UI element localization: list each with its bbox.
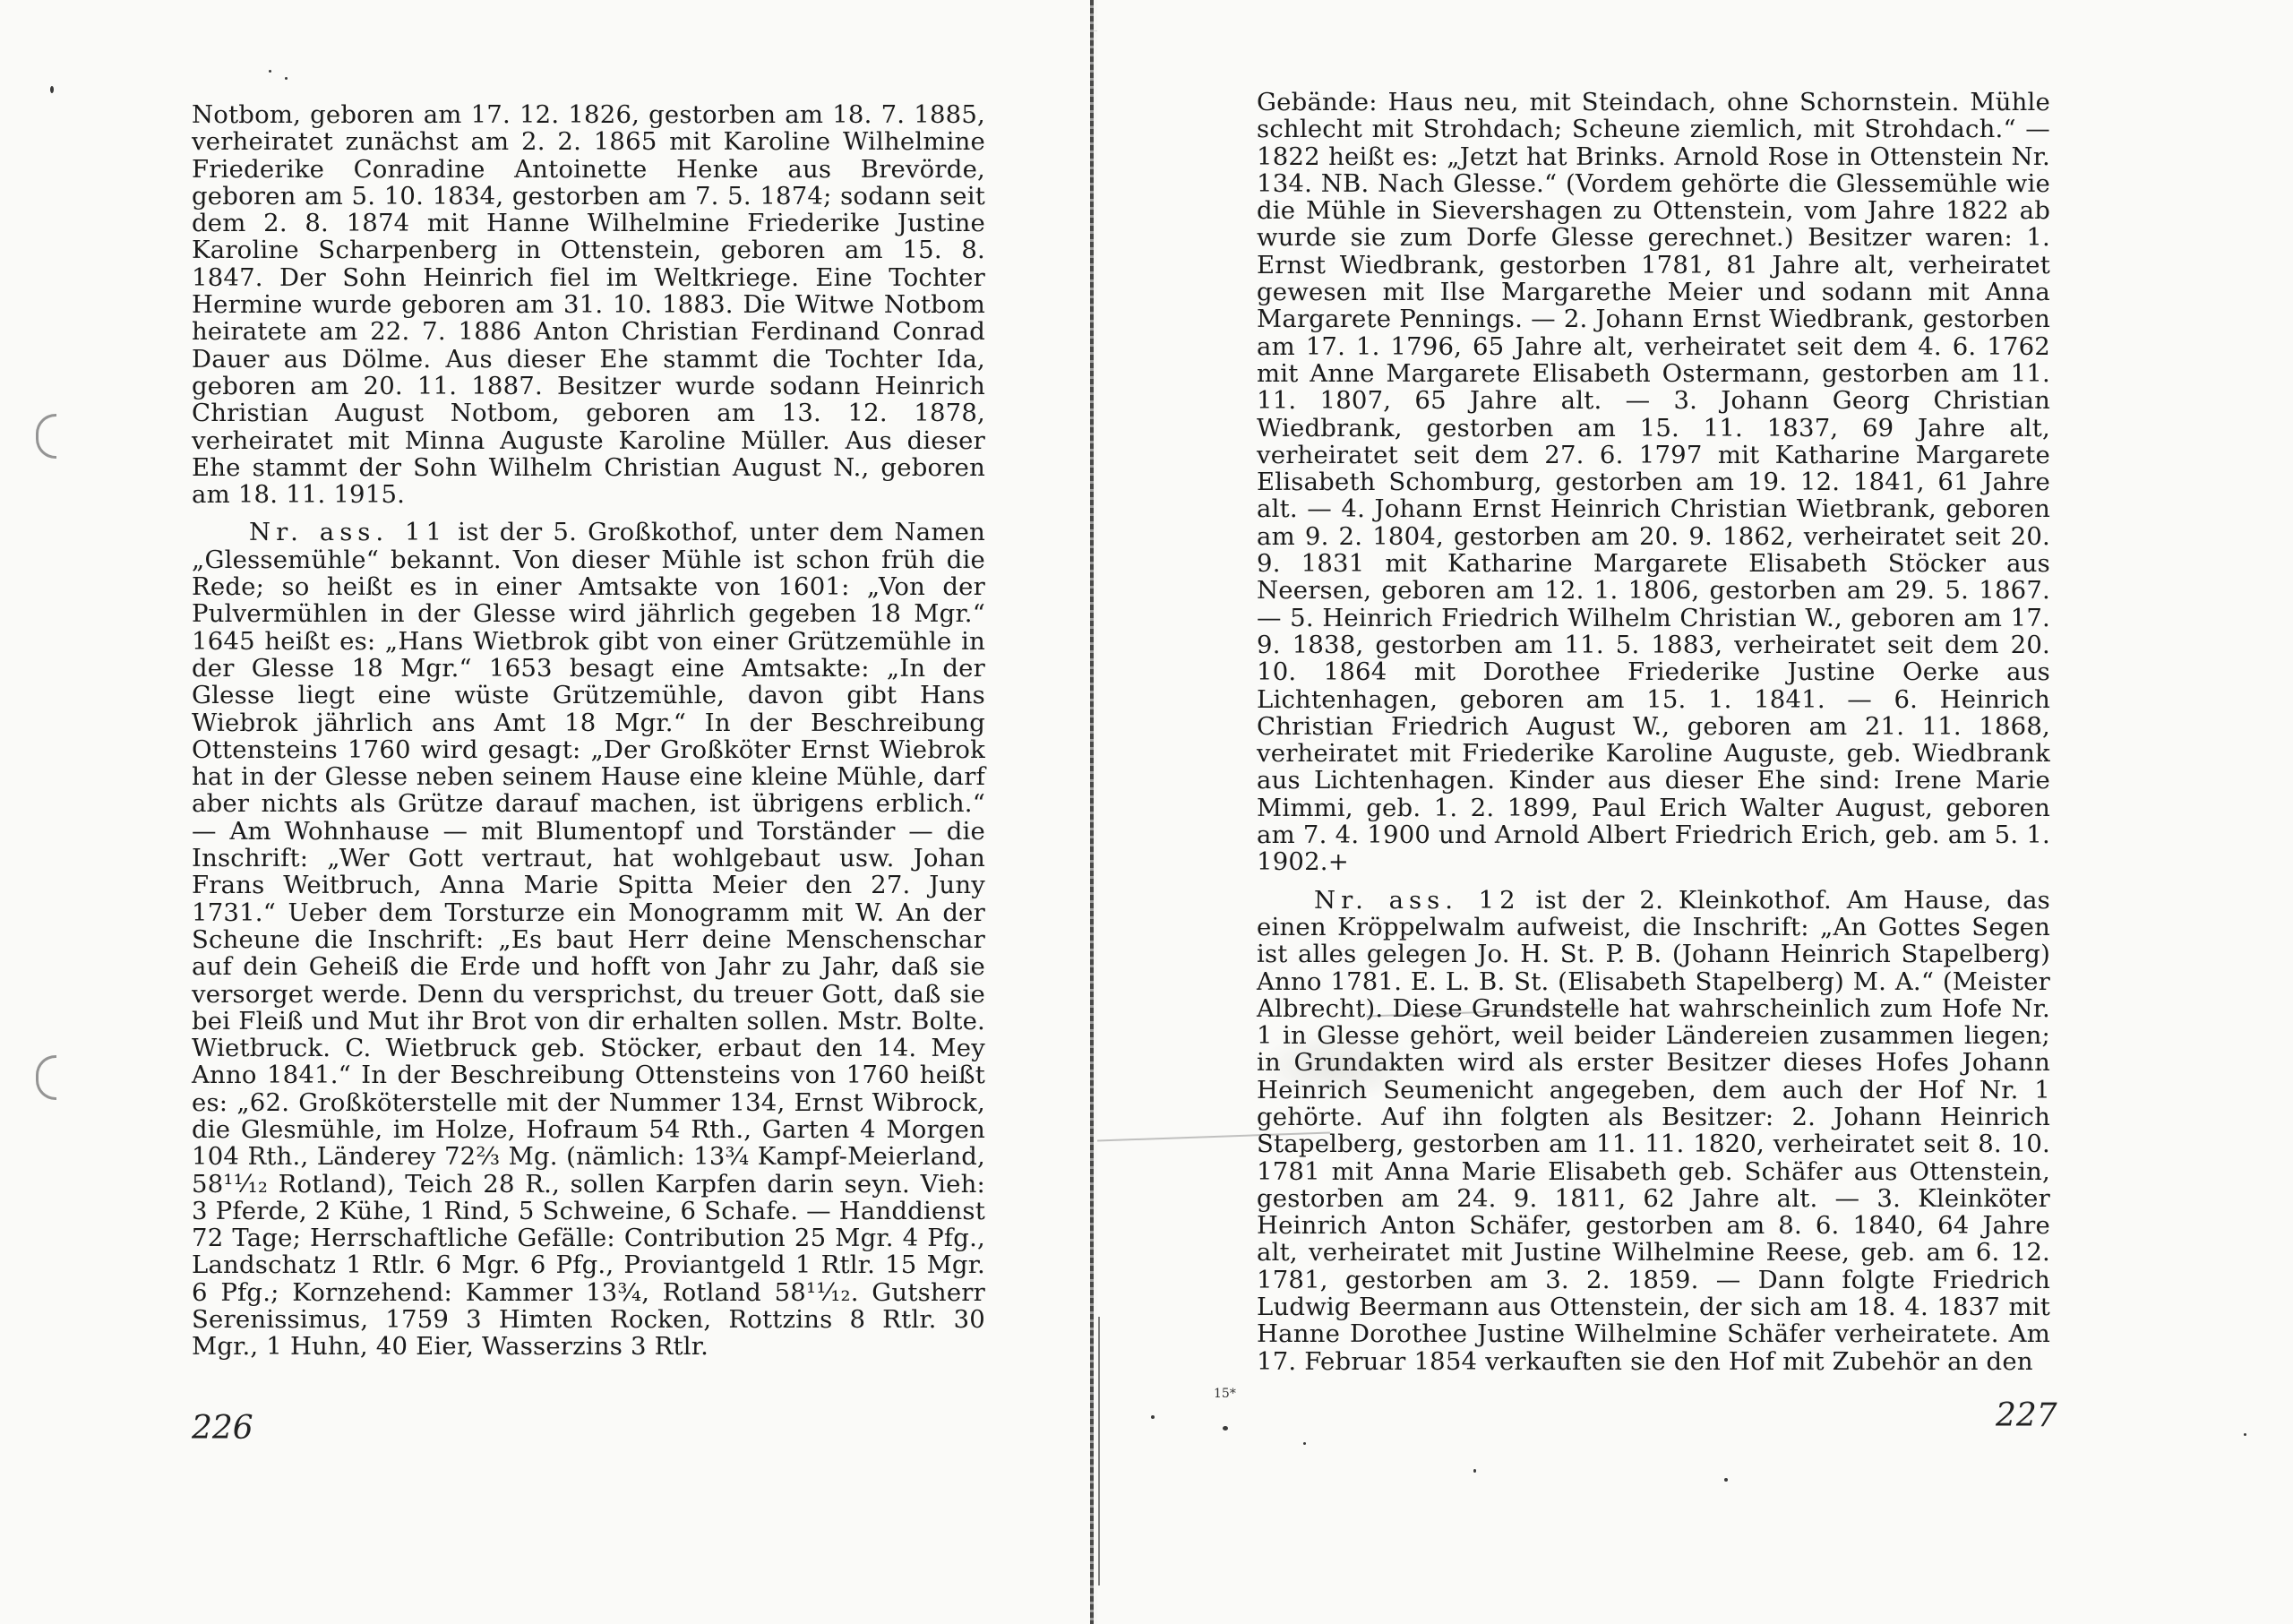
paragraph-lead: Nr. ass. 12 xyxy=(1314,886,1521,915)
right-page: Gebände: Haus neu, mit Steindach, ohne S… xyxy=(1097,0,2293,1624)
right-page-body: Gebände: Haus neu, mit Steindach, ohne S… xyxy=(1257,89,2050,1375)
scan-speck xyxy=(1303,1442,1306,1445)
paragraph-lead: Nr. ass. 11 xyxy=(249,518,447,546)
scan-speck xyxy=(1223,1426,1228,1431)
paragraph-glessemuehle-continued: Gebände: Haus neu, mit Steindach, ohne S… xyxy=(1257,89,2050,876)
paragraph-text: Gebände: Haus neu, mit Steindach, ohne S… xyxy=(1257,88,2050,876)
punch-hole-top xyxy=(36,414,56,459)
paragraph-nr-ass-12: Nr. ass. 12 ist der 2. Kleinkothof. Am H… xyxy=(1257,887,2050,1375)
punch-hole-bottom xyxy=(36,1055,56,1100)
signature-mark: 15* xyxy=(1214,1387,1236,1401)
scan-edge-mark xyxy=(1098,1317,1100,1585)
scan-speck xyxy=(50,86,54,93)
scanned-book-spread: Notbom, geboren am 17. 12. 1826, gestorb… xyxy=(0,0,2293,1624)
paragraph-text: ist der 2. Kleinkothof. Am Hause, das ei… xyxy=(1257,886,2050,1376)
paragraph-notbom: Notbom, geboren am 17. 12. 1826, gestorb… xyxy=(192,101,985,508)
scan-speck xyxy=(269,70,271,73)
paragraph-text: ist der 5. Großkothof, unter dem Namen „… xyxy=(192,518,985,1361)
paragraph-nr-ass-11: Nr. ass. 11 ist der 5. Großkothof, unter… xyxy=(192,519,985,1360)
left-page: Notbom, geboren am 17. 12. 1826, gestorb… xyxy=(0,0,1091,1624)
scan-speck xyxy=(1473,1469,1476,1473)
page-number-left: 226 xyxy=(192,1410,253,1447)
paragraph-text: Notbom, geboren am 17. 12. 1826, gestorb… xyxy=(192,100,985,509)
left-page-body: Notbom, geboren am 17. 12. 1826, gestorb… xyxy=(192,101,985,1361)
scan-speck xyxy=(2244,1433,2246,1436)
page-number-right: 227 xyxy=(1996,1397,2057,1434)
scan-speck xyxy=(1724,1478,1728,1482)
scan-speck xyxy=(285,77,288,80)
scan-speck xyxy=(1151,1415,1155,1419)
